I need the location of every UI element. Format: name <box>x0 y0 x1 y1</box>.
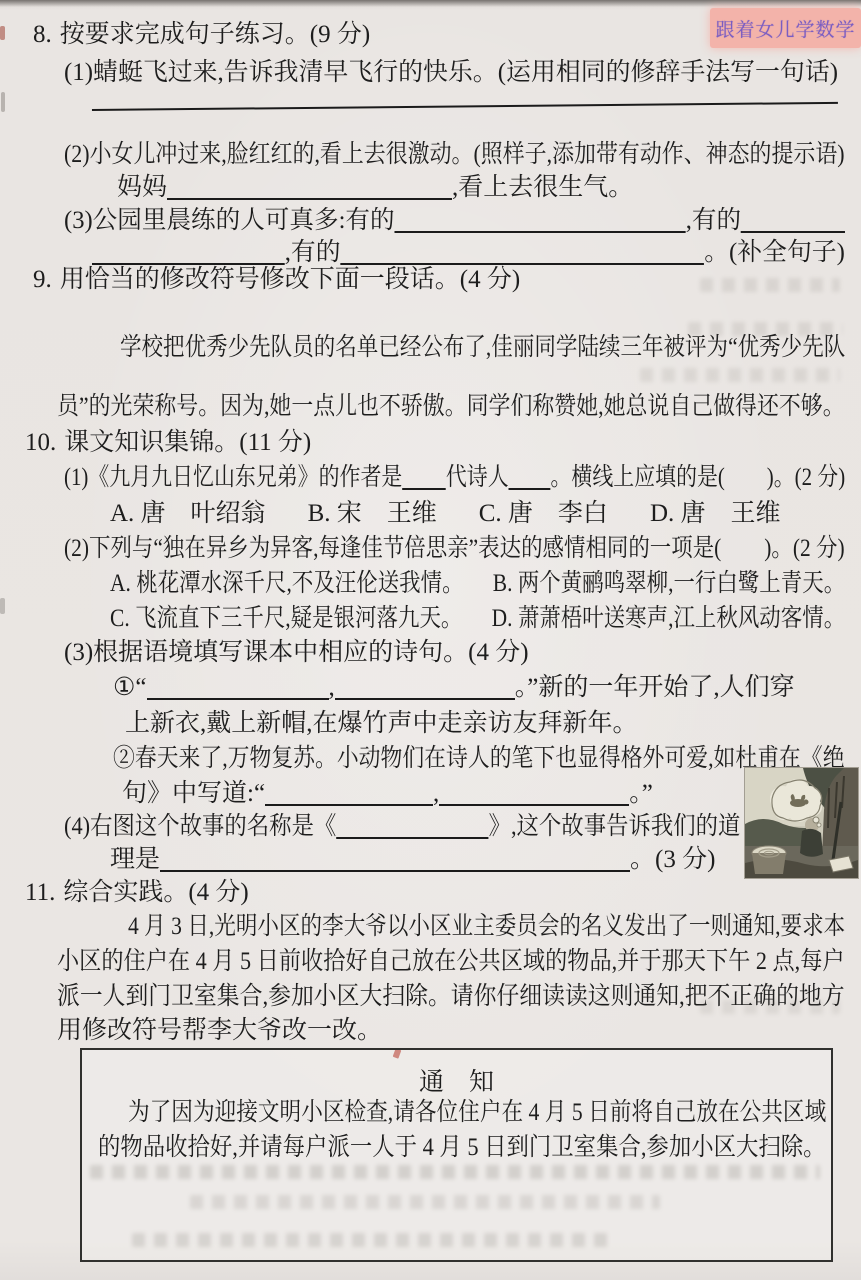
q10-item1: (1)《九月九日忆山东兄弟》的作者是代诗人。横线上应填的是( )。(2 分) <box>64 463 845 493</box>
bleed-through-text <box>132 1233 612 1247</box>
q8-item3-mid: ,有的 <box>686 207 741 234</box>
q8-item1-answer-line <box>92 77 838 114</box>
q11-title: 综合实践。(4 分) <box>63 879 248 906</box>
option-d: D. 唐 王维 <box>650 500 781 527</box>
q8-item3-tail: 。(补全句子) <box>704 239 845 266</box>
q10-item3: (3)根据语境填写课本中相应的诗句。(4 分) <box>64 638 529 668</box>
answer-blank <box>167 178 452 200</box>
q10-item3-ii-cont: 句》中写道:“,。” <box>122 779 653 809</box>
q10-item3-ii-lead: 句》中写道:“ <box>122 780 265 807</box>
q10-item1-tail: 。横线上应填的是( )。(2 分) <box>550 464 845 491</box>
answer-blank <box>336 817 488 839</box>
option-b: B. 宋 王维 <box>308 500 437 527</box>
q11-paragraph-line1: 4 月 3 日,光明小区的李大爷以小区业主委员会的名义发出了一则通知,要求本 <box>128 912 845 942</box>
q10-item4-tail: 。(3 分) <box>630 846 715 873</box>
option-c: C. 唐 李白 <box>479 500 608 527</box>
story-illustration <box>745 768 858 878</box>
answer-blank <box>341 243 705 265</box>
q8-item3-line1: (3)公园里晨练的人可真多:有的,有的 <box>64 206 845 236</box>
scan-speck <box>0 598 5 614</box>
bleed-through-text <box>190 1195 660 1209</box>
q8-item2-lead: 妈妈 <box>117 174 167 201</box>
bleed-through-text <box>700 278 840 292</box>
q10-item4-cont: 理是。(3 分) <box>110 845 715 875</box>
bleed-through-text <box>90 1165 820 1179</box>
answer-blank <box>160 850 630 872</box>
answer-blank <box>335 678 515 700</box>
q11-number: 11. <box>25 878 55 908</box>
q8-item2-tail: ,看上去很生气。 <box>452 174 633 201</box>
q8-item3-lead: (3)公园里晨练的人可真多:有的 <box>64 207 395 234</box>
answer-blank <box>402 468 446 490</box>
scanned-exam-page: 跟着女儿学数学 8.按要求完成句子练习。(9 分) (1)蜻蜓飞过来,告诉我清早… <box>0 0 861 1280</box>
q10-item2-options-ab: A. 桃花潭水深千尺,不及汪伦送我情。B. 两个黄鹂鸣翠柳,一行白鹭上青天。 <box>110 569 845 599</box>
notice-line1: 为了因为迎接文明小区检查,请各位住户在 4 月 5 日前将自己放在公共区域 <box>128 1098 826 1128</box>
q10-title: 课文知识集锦。(11 分) <box>64 429 311 456</box>
option-d: D. 萧萧梧叶送寒声,江上秋风动客情。 <box>492 605 846 632</box>
q9-paragraph-line1: 学校把优秀少先队员的名单已经公布了,佳丽同学陆续三年被评为“优秀少先队 <box>120 333 845 363</box>
q11-header: 11.综合实践。(4 分) <box>25 878 249 908</box>
answer-blank <box>147 678 329 700</box>
scan-speck <box>1 92 5 112</box>
q10-header: 10.课文知识集锦。(11 分) <box>25 428 311 458</box>
watermark-badge: 跟着女儿学数学 <box>710 8 861 48</box>
q11-paragraph-line2: 小区的住户在 4 月 5 日前收拾好自己放在公共区域的物品,并于那天下午 2 点… <box>57 947 845 977</box>
answer-blank <box>395 211 686 233</box>
q10-item4-mid: 》,这个故事告诉我们的道 <box>489 813 741 840</box>
q10-item4-lead: (4)右图这个故事的名称是《 <box>64 813 336 840</box>
q10-item3-ii: ②春天来了,万物复苏。小动物们在诗人的笔下也显得格外可爱,如杜甫在《绝 <box>113 744 845 774</box>
option-c: C. 飞流直下三千尺,疑是银河落九天。 <box>110 605 462 632</box>
q8-item3-line2: ,有的。(补全句子) <box>92 238 845 268</box>
q10-item1-lead: (1)《九月九日忆山东兄弟》的作者是 <box>64 464 402 491</box>
q10-item3-i: ①“,。”新的一年开始了,人们穿 <box>113 673 795 703</box>
q10-item1-options: A. 唐 叶绍翁B. 宋 王维C. 唐 李白D. 唐 王维 <box>110 499 781 529</box>
option-b: B. 两个黄鹂鸣翠柳,一行白鹭上青天。 <box>493 570 845 597</box>
answer-blank <box>741 211 845 233</box>
q10-number: 10. <box>25 428 56 458</box>
q10-item4-cont-lead: 理是 <box>110 846 160 873</box>
q8-item2: (2)小女儿冲过来,脸红红的,看上去很激动。(照样子,添加带有动作、神态的提示语… <box>64 140 845 170</box>
q10-item3-i-lead: ①“ <box>113 674 147 701</box>
option-a: A. 唐 叶绍翁 <box>110 500 266 527</box>
notice-box: 通 知 为了因为迎接文明小区检查,请各位住户在 4 月 5 日前将自己放在公共区… <box>80 1048 833 1262</box>
q10-item1-mid: 代诗人 <box>446 464 509 491</box>
q9-paragraph-line2: 员”的光荣称号。因为,她一点儿也不骄傲。同学们称赞她,她总说自己做得还不够。 <box>57 392 845 422</box>
q10-item3-i-cont: 上新衣,戴上新帽,在爆竹声中走亲访友拜新年。 <box>125 709 638 739</box>
bleed-through-text <box>688 322 843 336</box>
answer-blank <box>509 468 551 490</box>
scan-edge-shadow <box>0 0 861 7</box>
q8-item2-answer-line: 妈妈,看上去很生气。 <box>117 173 633 203</box>
q8-item3-mid: ,有的 <box>285 239 341 266</box>
q9-number: 9. <box>33 265 52 295</box>
q10-item2-options-cd: C. 飞流直下三千尺,疑是银河落九天。D. 萧萧梧叶送寒声,江上秋风动客情。 <box>110 604 845 634</box>
bleed-through-text <box>700 1000 840 1014</box>
option-a: A. 桃花潭水深千尺,不及汪伦送我情。 <box>110 570 464 597</box>
q8-header: 8.按要求完成句子练习。(9 分) <box>33 20 370 50</box>
bleed-through-text <box>640 368 840 382</box>
scan-speck <box>0 26 5 40</box>
q9-header: 9.用恰当的修改符号修改下面一段话。(4 分) <box>33 265 520 295</box>
notice-title: 通 知 <box>82 1062 831 1098</box>
q8-title: 按要求完成句子练习。(9 分) <box>60 21 370 48</box>
answer-blank <box>92 243 285 265</box>
answer-blank <box>439 784 629 806</box>
answer-blank <box>92 82 838 111</box>
answer-blank <box>265 784 433 806</box>
watermark-text: 跟着女儿学数学 <box>715 15 855 42</box>
q10-item3-i-tail: 。”新的一年开始了,人们穿 <box>515 674 795 701</box>
q10-item2: (2)下列与“独在异乡为异客,每逢佳节倍思亲”表达的感情相同的一项是( )。(2… <box>64 534 845 564</box>
q10-item3-ii-tail: 。” <box>629 780 653 807</box>
q8-number: 8. <box>33 20 52 50</box>
q11-paragraph-line4: 用修改符号帮李大爷改一改。 <box>57 1016 382 1046</box>
notice-line2: 的物品收拾好,并请每户派一人于 4 月 5 日到门卫室集合,参加小区大扫除。 <box>98 1133 826 1163</box>
q9-title: 用恰当的修改符号修改下面一段话。(4 分) <box>60 266 520 293</box>
q10-item4: (4)右图这个故事的名称是《》,这个故事告诉我们的道 <box>64 812 740 842</box>
